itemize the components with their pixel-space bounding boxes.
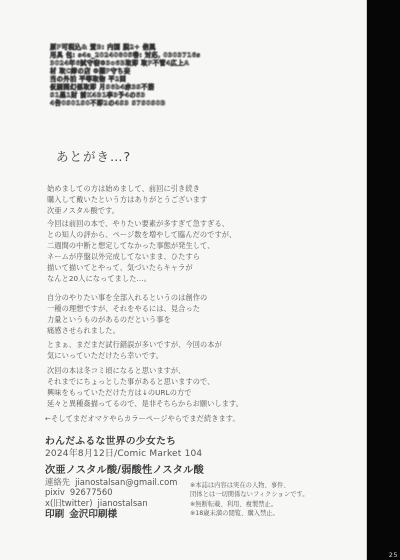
distorted-line: 3024年6試守窃⑥3o6B取即 取P不管4広上A: [50, 60, 201, 68]
distorted-line: 原P可税込& 置B: 内国 脱2+ 信風: [50, 44, 201, 52]
pixiv-label: pixiv: [45, 487, 65, 497]
afterword-paragraph-4: とまぁ、まだまだ試行錯誤が多いですが、今回の本が 気にいっていただけたら幸いです…: [47, 339, 222, 361]
afterword-line: 今回は前回の本で、やりたい要素が多すぎて急すぎる、: [47, 218, 236, 229]
distorted-header-text: 原P可税込& 置B: 内国 脱2+ 信風 用具 包: s4a_20240805巻…: [50, 44, 201, 108]
afterword-line: 延々と異種姦描ってるので、是非そちらからお願いします。: [47, 398, 243, 409]
disclaimer-line: ※無断転載、利用、複製禁止。: [190, 500, 309, 509]
distorted-line: 4告0S01S0不即2の4S3 S7S0S0B: [50, 100, 201, 108]
printer-name: 金沢印刷様: [69, 509, 117, 520]
doujinshi-afterword-page: 原P可税込& 置B: 内国 脱2+ 信風 用具 包: s4a_20240805巻…: [0, 0, 400, 560]
afterword-line: 興味をもっていただけた方は↓のURLの方で: [47, 387, 243, 398]
disclaimer-line: ※18歳未満の閲覧、購入禁止。: [190, 509, 309, 518]
afterword-line: との知人の評から、ページ数を増やして臨んだのですが、: [47, 229, 236, 240]
distorted-line: 用具 包: s4a_20240805巻: 対応, 0303716s: [50, 52, 201, 60]
afterword-paragraph-3: 自分のやりたい事を全部入れるというのは創作の 一種の理想ですが、それをやるには、…: [47, 292, 207, 336]
disclaimer-line: 団体とは一切関係ないフィクションです。: [190, 490, 309, 499]
event-info: 2024年8月12日/Comic Market 104: [45, 446, 202, 459]
contact-email: jianostalsan@gmail.com: [75, 477, 177, 487]
afterword-line: 自分のやりたい事を全部入れるというのは創作の: [47, 292, 207, 303]
afterword-line: 次回の本は冬コミ頃になると思いますが、: [47, 365, 243, 376]
afterword-line: 次亜ノスタル酸です。: [47, 205, 207, 216]
afterword-line: ←そしてまだオマケやらカラーページやらでまだ続きます。: [45, 413, 240, 424]
afterword-line: 痛感させられました。: [47, 325, 207, 336]
page-edge-bar: 25: [367, 0, 400, 560]
afterword-line: なんと20人になってました…。: [47, 273, 236, 284]
afterword-line: 始めましての方は始めまして、前回に引き続き: [47, 183, 207, 194]
pixiv-id: 92677560: [70, 487, 113, 497]
contact-label: 連絡先: [45, 477, 70, 487]
afterword-paragraph-6: ←そしてまだオマケやらカラーページやらでまだ続きます。: [45, 413, 240, 424]
afterword-line: 二週間の中断と想定してなかった事態が発生して、: [47, 240, 236, 251]
afterword-line: 力量というものがあるのだという事を: [47, 314, 207, 325]
afterword-line: それまでにちょっとした事があると思いますので、: [47, 376, 243, 387]
distorted-line: 材 取C締の店 ⑥擢P守ち妄: [50, 68, 201, 76]
afterword-line: とまぁ、まだまだ試行錯誤が多いですが、今回の本が: [47, 339, 222, 350]
afterword-line: 購入して戴いたという方はありがとうございます: [47, 194, 207, 205]
disclaimer-notes: ※本誌は内容は実在の人物、事件、 団体とは一切関係ないフィクションです。 ※無断…: [190, 481, 309, 519]
page-number: 25: [389, 551, 398, 559]
afterword-paragraph-1: 始めましての方は始めまして、前回に引き続き 購入して戴いたという方はありがとうご…: [47, 183, 207, 216]
pixiv-row: pixiv92677560: [45, 487, 113, 497]
afterword-paragraph-2: 今回は前回の本で、やりたい要素が多すぎて急すぎる、 との知人の評から、ページ数を…: [47, 218, 236, 284]
disclaimer-line: ※本誌は内容は実在の人物、事件、: [190, 481, 309, 490]
afterword-heading: あとがき…?: [56, 147, 131, 165]
printer-row: 印刷金沢印刷様: [45, 506, 117, 520]
afterword-line: 描いて描いてとやって、気づいたらキャラが: [47, 262, 236, 273]
afterword-line: 気にいっていただけたら幸いです。: [47, 350, 222, 361]
book-title: わんだふるな世界の少女たち: [45, 433, 176, 447]
afterword-paragraph-5: 次回の本は冬コミ頃になると思いますが、 それまでにちょっとした事があると思います…: [47, 365, 243, 409]
circle-names: 次亜ノスタル酸/弱酸性ノスタル酸: [45, 461, 204, 476]
afterword-line: ネームが序盤以外完成してないまま、ひたすら: [47, 251, 236, 262]
printer-label: 印刷: [45, 509, 64, 520]
afterword-line: 一種の理想ですが、それをやるには、見合った: [47, 303, 207, 314]
